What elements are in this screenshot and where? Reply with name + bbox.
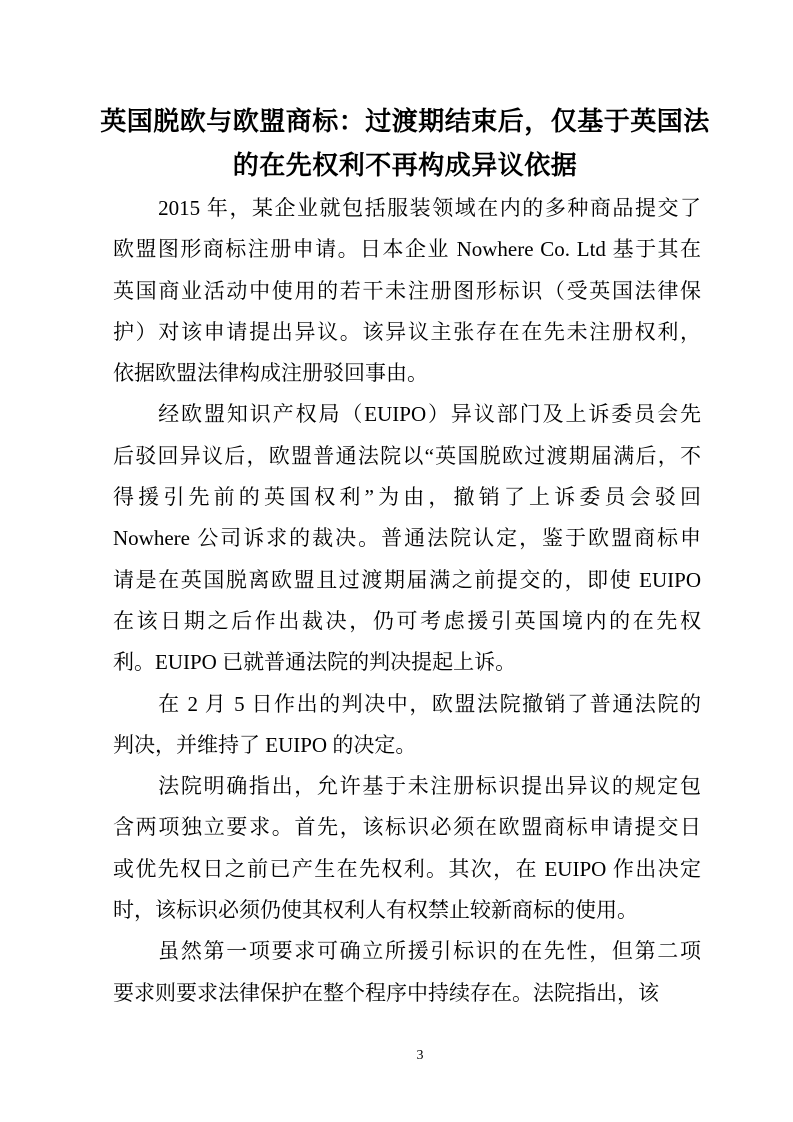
text-line: 英国商业活动中使用的若干未注册图形标识（受英国法律保 [113, 271, 701, 312]
text-line: 护）对该申请提出异议。该异议主张存在在先未注册权利， [113, 312, 701, 353]
text-line: 法院明确指出，允许基于未注册标识提出异议的规定包 [113, 766, 701, 807]
text-line: 时，该标识必须仍使其权利人有权禁止较新商标的使用。 [113, 890, 701, 931]
page-number: 3 [417, 1048, 424, 1063]
text-line: 在 2 月 5 日作出的判决中，欧盟法院撤销了普通法院的 [113, 684, 701, 725]
text-line: 请是在英国脱离欧盟且过渡期届满之前提交的，即使 EUIPO [113, 560, 701, 601]
text-line: 2015 年，某企业就包括服装领域在内的多种商品提交了 [113, 188, 701, 229]
text-line: 判决，并维持了 EUIPO 的决定。 [113, 725, 701, 766]
text-line: 含两项独立要求。首先，该标识必须在欧盟商标申请提交日 [113, 807, 701, 848]
text-line: Nowhere 公司诉求的裁决。普通法院认定，鉴于欧盟商标申 [113, 518, 701, 559]
title-line-2: 的在先权利不再构成异议依据 [17, 144, 793, 188]
text-line: 后驳回异议后，欧盟普通法院以“英国脱欧过渡期届满后，不 [113, 436, 701, 477]
document-title: 英国脱欧与欧盟商标：过渡期结束后，仅基于英国法 的在先权利不再构成异议依据 [0, 0, 793, 188]
text-line: 在该日期之后作出裁决，仍可考虑援引英国境内的在先权 [113, 601, 701, 642]
text-line: 经欧盟知识产权局（EUIPO）异议部门及上诉委员会先 [113, 394, 701, 435]
title-line-1: 英国脱欧与欧盟商标：过渡期结束后，仅基于英国法 [17, 100, 793, 144]
text-line: 或优先权日之前已产生在先权利。其次，在 EUIPO 作出决定 [113, 849, 701, 890]
page-footer: 3 [0, 1046, 793, 1066]
document-page: 英国脱欧与欧盟商标：过渡期结束后，仅基于英国法 的在先权利不再构成异议依据 20… [0, 0, 793, 1122]
text-line: 虽然第一项要求可确立所援引标识的在先性，但第二项 [113, 931, 701, 972]
text-line: 得援引先前的英国权利”为由，撤销了上诉委员会驳回 [113, 477, 701, 518]
text-line: 要求则要求法律保护在整个程序中持续存在。法院指出，该 [113, 973, 701, 1014]
text-line: 依据欧盟法律构成注册驳回事由。 [113, 353, 701, 394]
text-line: 利。EUIPO 已就普通法院的判决提起上诉。 [113, 642, 701, 683]
document-body: 2015 年，某企业就包括服装领域在内的多种商品提交了欧盟图形商标注册申请。日本… [113, 188, 701, 1014]
text-line: 欧盟图形商标注册申请。日本企业 Nowhere Co. Ltd 基于其在 [113, 229, 701, 270]
